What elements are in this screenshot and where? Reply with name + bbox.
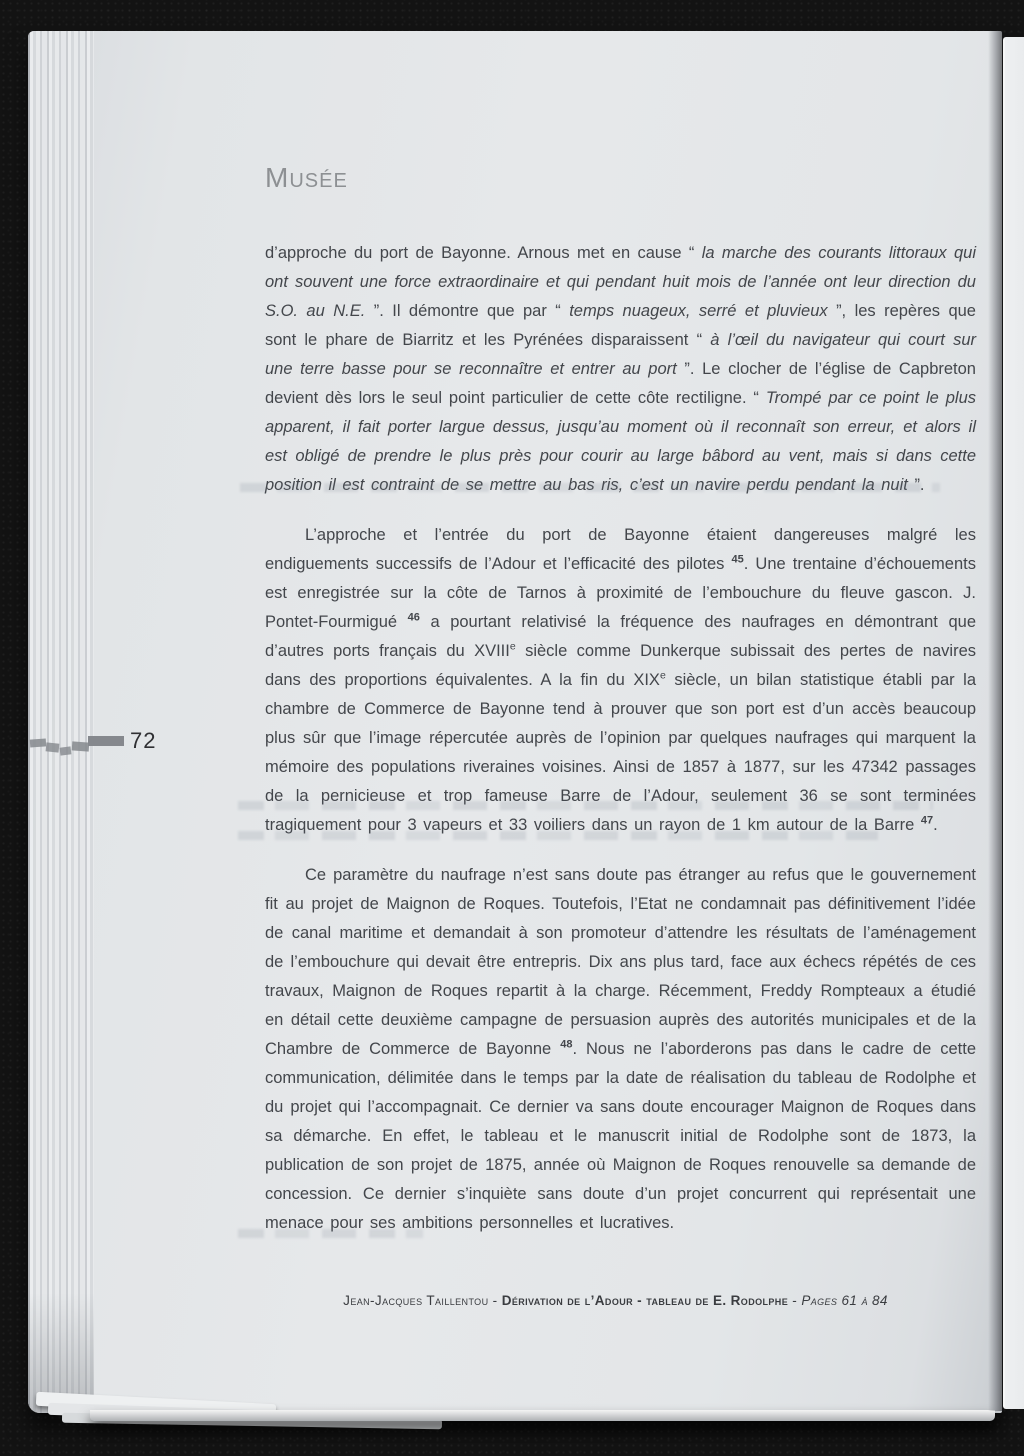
footnote-reference: 48: [560, 1039, 572, 1051]
paragraph: Ce paramètre du naufrage n’est sans dout…: [265, 861, 976, 1238]
ink-bleed-through: [238, 801, 933, 810]
footer-credit: Jean-Jacques Taillentou - Dérivation de …: [255, 1293, 976, 1308]
text-segment: d’approche du port de Bayonne. Arnous me…: [265, 244, 702, 262]
page-bottom-edge: [90, 1410, 995, 1421]
text-segment: . Nous ne l’aborderons pas dans le cadre…: [265, 1040, 976, 1232]
text-segment: ”. Il démontre que par “: [374, 302, 569, 320]
text-segment: .: [933, 816, 938, 834]
ink-bleed-through: [240, 483, 940, 492]
running-head: Musée: [265, 162, 348, 194]
page-number-marker: 72: [28, 725, 198, 759]
marker-bar-icon: [60, 746, 72, 755]
footnote-reference: 46: [408, 612, 420, 624]
page-stack-edges: [28, 31, 94, 1413]
paragraph: L’approche et l’entrée du port de Bayonn…: [265, 521, 976, 840]
text-segment: Jean-Jacques Taillentou: [343, 1293, 488, 1308]
ink-bleed-through: [238, 831, 878, 840]
footnote-reference: 47: [921, 815, 933, 827]
book-gutter: [988, 31, 1003, 1411]
text-segment: Pages 61 à 84: [801, 1293, 888, 1308]
text-segment: -: [788, 1293, 801, 1308]
marker-bar-icon: [72, 741, 90, 751]
paragraph: d’approche du port de Bayonne. Arnous me…: [265, 239, 976, 500]
footnote-reference: 45: [731, 554, 743, 566]
text-segment: Dérivation de l’Adour - tableau de E. Ro…: [502, 1293, 788, 1308]
marker-bar-icon: [88, 736, 124, 746]
book-page: Musée 72 d’approche du port de Bayonne. …: [28, 31, 1002, 1413]
marker-bar-icon: [46, 742, 60, 752]
text-segment: -: [489, 1293, 502, 1308]
text-segment: Ce paramètre du naufrage n’est sans dout…: [265, 866, 976, 1058]
next-page-sliver: [1003, 37, 1024, 1409]
marker-bar-icon: [30, 738, 47, 747]
text-block: d’approche du port de Bayonne. Arnous me…: [265, 239, 976, 1238]
page-number: 72: [130, 728, 156, 754]
text-segment: temps nuageux, serré et pluvieux: [569, 302, 836, 320]
ink-bleed-through: [238, 1229, 423, 1238]
